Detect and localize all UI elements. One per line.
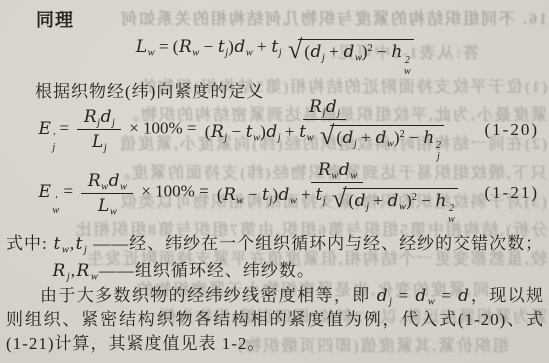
where1-tokens: 式中: tw,tj ——经、纬纱在一个组织循环内与经、经纱的交错次数； [6,234,543,253]
equation-number-1-21: (1-21) [485,183,539,203]
where-clause-line-2: Rj,Rw——组织循环经、纬纱数。 [52,256,315,281]
formula-weft-length: Lw = (Rw − tj)dw + tj √(dj + dw)2 − h2w [0,38,549,76]
formula-eq21-tokens: E′w = RwdwLw × 100% = Rwdw(Rw − tj)dw + … [38,160,462,226]
equation-1-20: E′j = RjdjLj × 100% = Rjdj(Rj − tw)dj + … [38,97,549,163]
page-content: 同理 Lw = (Rw − tj)dw + tj √(dj + dw)2 − h… [0,0,549,363]
formula-lw-tokens: Lw = (Rw − tj)dw + tj √(dj + dw)2 − h2w [135,37,413,78]
heading-similarly: 同理 [36,6,74,32]
formula-eq20-tokens: E′j = RjdjLj × 100% = Rjdj(Rj − tw)dj + … [38,97,448,163]
equation-1-21: E′w = RwdwLw × 100% = Rwdw(Rw − tj)dw + … [38,164,549,222]
body-paragraph: 由于大多数织物的经纬纱线密度相等，即 dj = dw = d，现以规则组织、紧密… [6,284,544,356]
paragraph-tokens: 由于大多数织物的经纬纱线密度相等，即 dj = dw = d，现以规则组织、紧密… [6,286,544,353]
where-clause-line-1: 式中: tw,tj ——经、纬纱在一个组织循环内与经、经纱的交错次数； [6,229,543,254]
scanned-textbook-page: 16. 不同组织结构的紧度与织物几何结构相的关系如何答:从表1-2中可见:(1)… [0,0,549,363]
where2-tokens: Rj,Rw——组织循环经、纬纱数。 [52,261,315,280]
equation-number-1-20: (1-20) [485,120,539,140]
